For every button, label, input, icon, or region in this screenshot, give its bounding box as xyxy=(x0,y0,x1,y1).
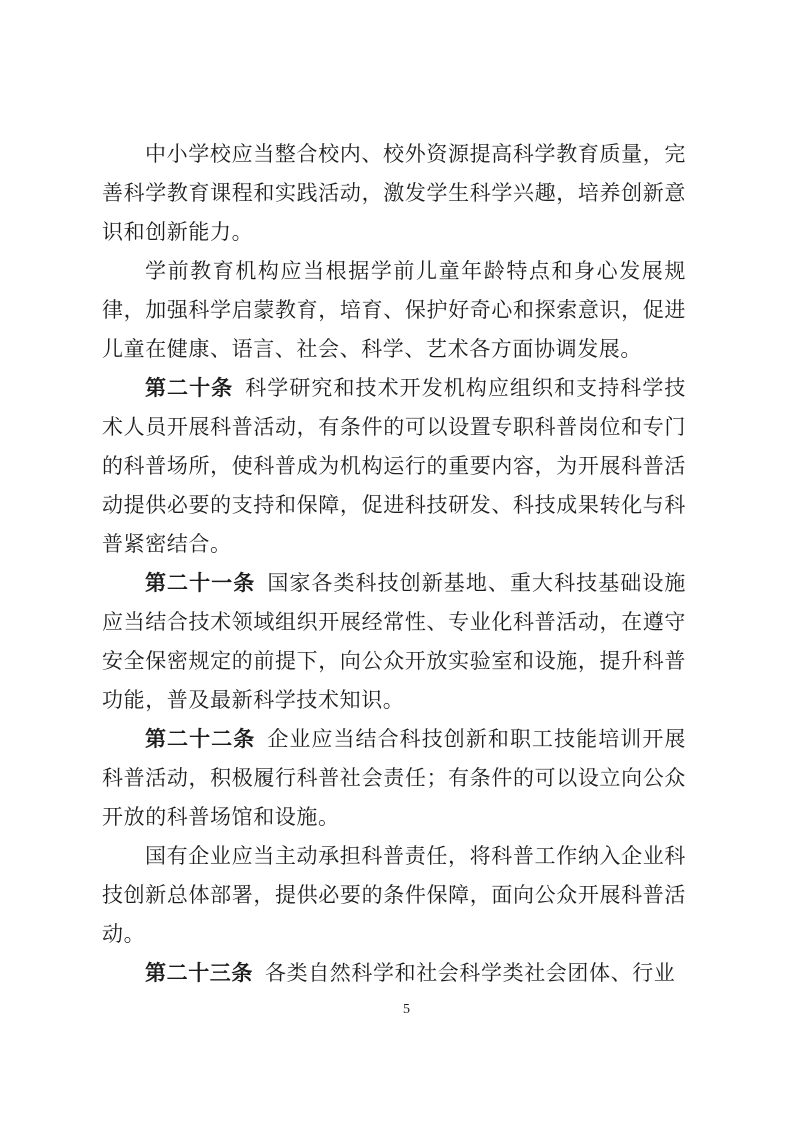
paragraph: 中小学校应当整合校内、校外资源提高科学教育质量，完善科学教育课程和实践活动，激发… xyxy=(102,135,686,252)
paragraph-text: 各类自然科学和社会科学类社会团体、行业 xyxy=(265,961,675,985)
paragraph: 学前教育机构应当根据学前儿童年龄特点和身心发展规律，加强科学启蒙教育，培育、保护… xyxy=(102,252,686,369)
paragraph: 第二十一条国家各类科技创新基地、重大科技基础设施应当结合技术领域组织开展经常性、… xyxy=(102,564,686,720)
paragraph: 第二十二条企业应当结合科技创新和职工技能培训开展科普活动，积极履行科普社会责任；… xyxy=(102,720,686,837)
paragraph-text: 国有企业应当主动承担科普责任，将科普工作纳入企业科技创新总体部署，提供必要的条件… xyxy=(102,844,686,946)
paragraph: 第二十条科学研究和技术开发机构应组织和支持科学技术人员开展科普活动，有条件的可以… xyxy=(102,369,686,564)
article-number: 第二十二条 xyxy=(145,727,255,751)
document-page: 中小学校应当整合校内、校外资源提高科学教育质量，完善科学教育课程和实践活动，激发… xyxy=(0,0,793,1122)
paragraph-text: 中小学校应当整合校内、校外资源提高科学教育质量，完善科学教育课程和实践活动，激发… xyxy=(102,142,686,244)
page-number: 5 xyxy=(10,1000,793,1020)
article-number: 第二十条 xyxy=(145,376,233,400)
paragraph: 第二十三条各类自然科学和社会科学类社会团体、行业 xyxy=(102,954,686,993)
paragraph: 国有企业应当主动承担科普责任，将科普工作纳入企业科技创新总体部署，提供必要的条件… xyxy=(102,837,686,954)
article-number: 第二十三条 xyxy=(145,961,253,985)
document-body: 中小学校应当整合校内、校外资源提高科学教育质量，完善科学教育课程和实践活动，激发… xyxy=(102,135,686,993)
paragraph-text: 科学研究和技术开发机构应组织和支持科学技术人员开展科普活动，有条件的可以设置专职… xyxy=(102,376,686,556)
article-number: 第二十一条 xyxy=(145,571,255,595)
paragraph-text: 学前教育机构应当根据学前儿童年龄特点和身心发展规律，加强科学启蒙教育，培育、保护… xyxy=(102,259,686,361)
